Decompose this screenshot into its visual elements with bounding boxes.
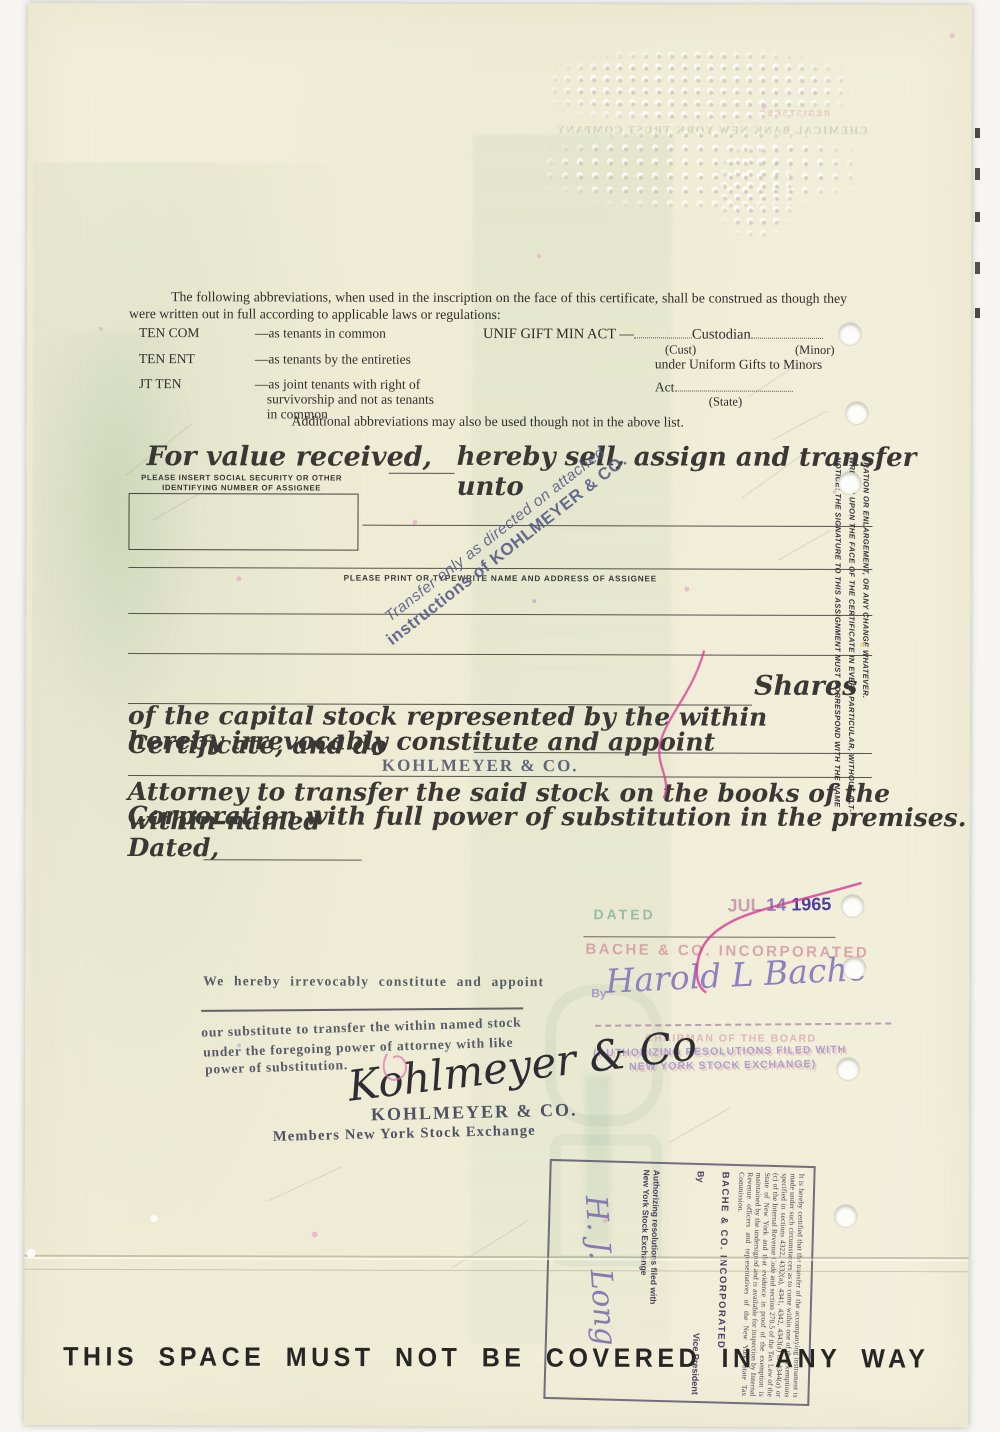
tax-stamp-by: By (695, 1171, 705, 1183)
blank-after-for-value (389, 473, 455, 474)
perforation-cluster-right (717, 143, 795, 239)
for-value-received: For value received, (147, 441, 432, 473)
kohlmeyer-firm-stamp: KOHLMEYER & CO. (371, 1100, 578, 1126)
unif-gift-block: UNIF GIFT MIN ACT —Custodian (Cust) (Min… (28, 3, 972, 5)
state-label: (State) (709, 395, 742, 410)
perforation-band-second (542, 126, 862, 211)
abbr-ten-com: TEN COM (139, 325, 199, 341)
notice-vertical-text: NOTICE: THE SIGNATURE TO THIS ASSIGNMENT… (830, 457, 873, 855)
custodian-label: Custodian (692, 327, 751, 343)
dated-rule (204, 859, 362, 860)
date-day: 14 (766, 895, 786, 915)
assignee-rule-3 (128, 613, 872, 616)
ssn-label-line2: IDENTIFYING NUMBER OF ASSIGNEE (123, 483, 361, 493)
ssn-label-line1: PLEASE INSERT SOCIAL SECURITY OR OTHER (123, 473, 361, 483)
date-received-stamp: JUL 14 1965 (727, 894, 831, 917)
minor-label: (Minor) (795, 343, 835, 358)
additional-note: Additional abbreviations may also be use… (129, 413, 847, 431)
dated-stamp: DATED (593, 906, 655, 922)
assignee-rule-4 (128, 653, 872, 656)
act-label: Act (655, 379, 675, 394)
fold-crease-2 (25, 1269, 969, 1272)
notice-line2: WRITTEN UPON THE FACE OF THE CERTIFICATE… (844, 457, 859, 855)
abbr-jt-ten: JT TEN (139, 376, 182, 392)
constitute-stamp: We hereby irrevocably constitute and app… (203, 973, 544, 990)
abbreviations-intro: The following abbreviations, when used i… (129, 289, 847, 324)
assignee-rule-1 (362, 525, 872, 527)
cust-label: (Cust) (665, 342, 696, 357)
date-year: 1965 (791, 894, 831, 915)
abbreviation-table: TEN COM —as tenants in common TEN ENT —a… (28, 3, 972, 5)
abbr-ten-ent: TEN ENT (139, 351, 195, 367)
bottom-banner: THIS SPACE MUST NOT BE COVERED IN ANY WA… (24, 1342, 968, 1375)
perforation-band-top (548, 48, 853, 127)
scanned-certificate-back: CHEMICAL BANK NEW YORK TRUST COMPANY REG… (0, 0, 1000, 1432)
abbr-ten-ent-meaning: —as tenants by the entireties (255, 351, 411, 367)
unif-gift-label: UNIF GIFT MIN ACT — (483, 326, 634, 342)
date-month: JUL (727, 895, 761, 915)
notice-line1: NOTICE: THE SIGNATURE TO THIS ASSIGNMENT… (830, 457, 845, 855)
abbr-jt-ten-meaning-2: survivorship and not as tenants (267, 391, 434, 407)
kohlmeyer-members-stamp: Members New York Stock Exchange (273, 1123, 536, 1146)
ssn-box (128, 493, 358, 551)
kohlmeyer-center-stamp: KOHLMEYER & CO. (382, 756, 579, 777)
abbr-ten-com-meaning: —as tenants in common (255, 325, 386, 341)
abbr-jt-ten-meaning-1: —as joint tenants with right of (255, 376, 420, 392)
by-label: By (591, 986, 606, 1000)
punch-holes (28, 3, 972, 5)
ghost-scribbles (28, 3, 972, 5)
certificate-paper: CHEMICAL BANK NEW YORK TRUST COMPANY REG… (24, 3, 972, 1427)
dated-stamp-rule (583, 936, 835, 938)
dated-label: Dated, (128, 833, 220, 862)
under-uniform-gifts: under Uniform Gifts to Minors (655, 356, 822, 372)
notice-line3: ERATION OR ENLARGEMENT, OR ANY CHANGE WH… (858, 457, 873, 855)
constitute-rule (201, 1007, 523, 1012)
paper-specks (28, 3, 972, 5)
substitute-stamp-line3: power of substitution. (205, 1057, 348, 1078)
